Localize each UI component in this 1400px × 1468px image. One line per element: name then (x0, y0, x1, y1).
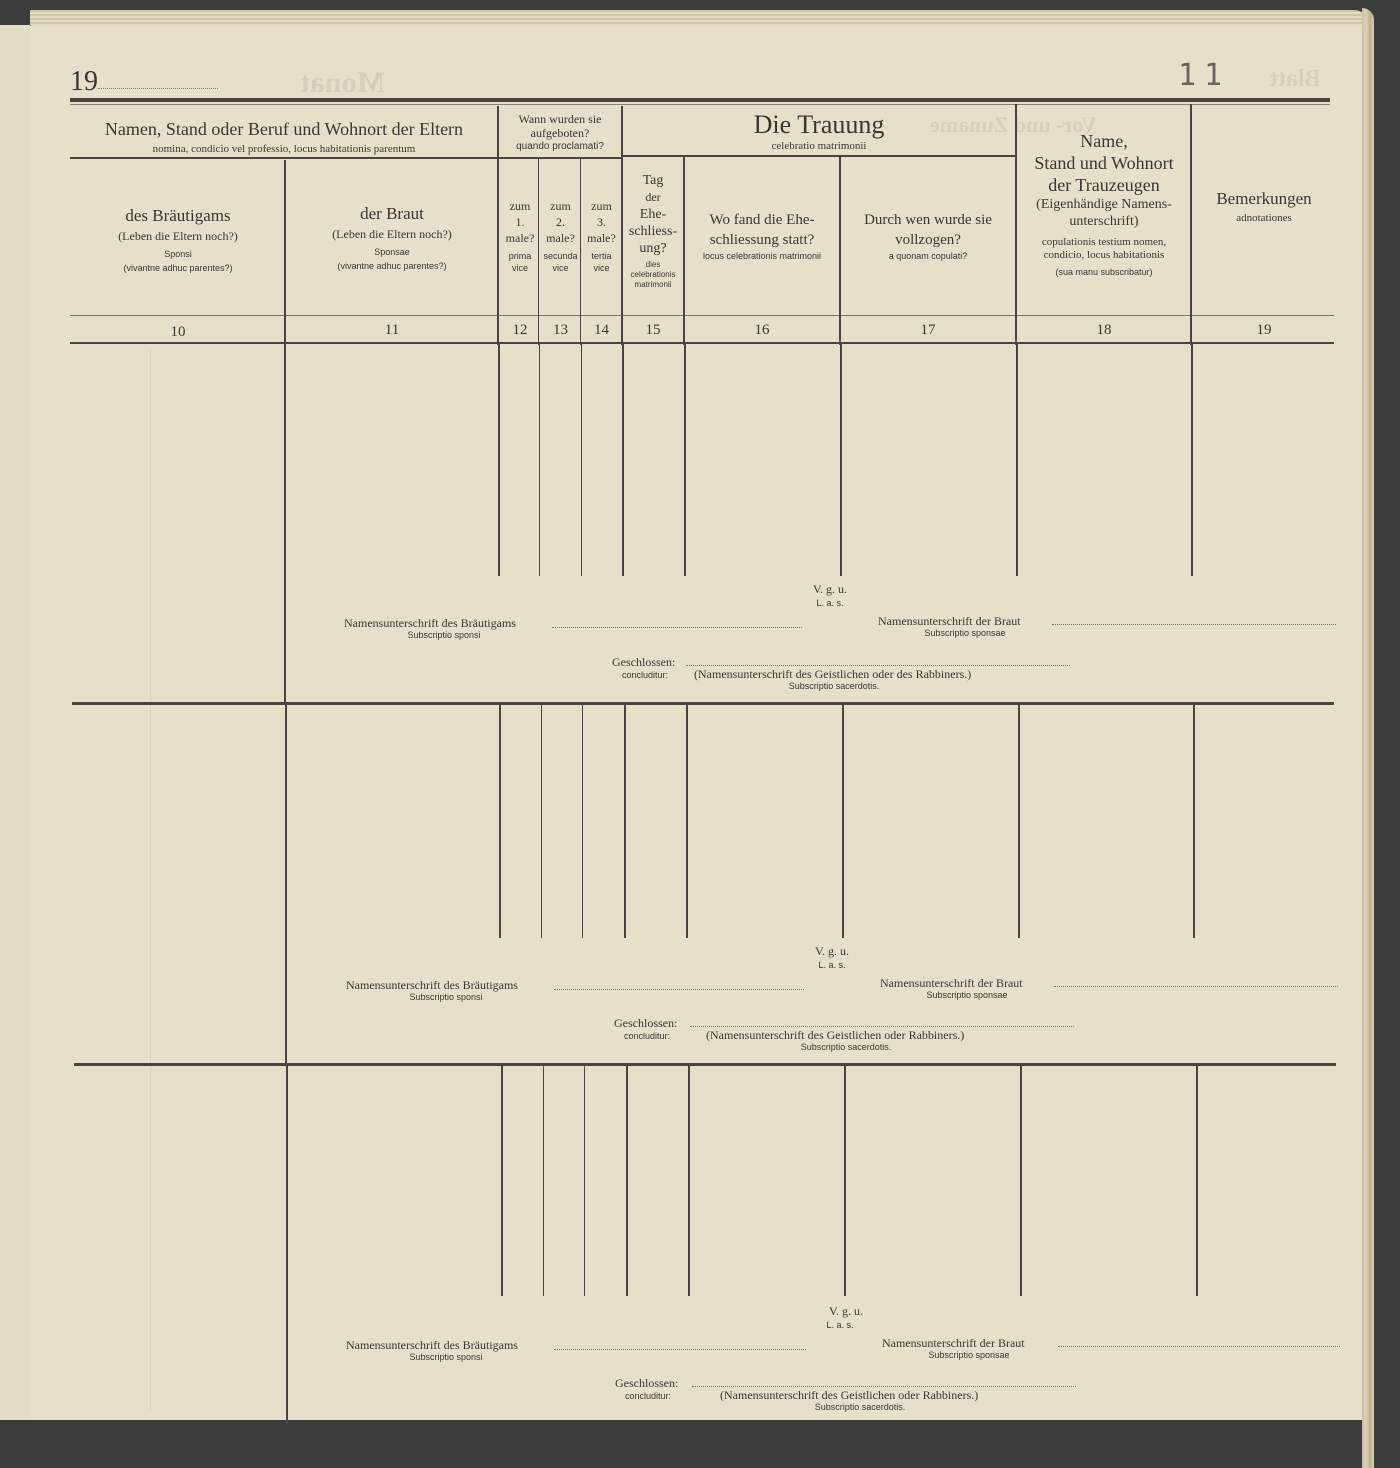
entry-2-divider (686, 705, 688, 938)
col-15-l2: der (623, 189, 683, 206)
entry-1-groom-sig-latin: Subscriptio sponsi (344, 630, 544, 640)
entry-2-divider (582, 705, 583, 938)
col-10-title: des Bräutigams (72, 206, 284, 226)
col-number-15: 15 (623, 322, 683, 339)
entry-1-divider (1191, 344, 1193, 576)
col-12-l3: male? (500, 230, 540, 246)
entry-3-bride-sig-latin: Subscriptio sponsae (884, 1350, 1054, 1360)
col-10-latin1: Sponsi (72, 247, 284, 261)
col-11-latin2: (vivantne adhuc parentes?) (286, 259, 498, 273)
col-12-l2: 1. (500, 214, 540, 230)
header-subrule-ceremony (622, 155, 1016, 157)
bleed-through-line (150, 350, 151, 1410)
bleed-through-text: Blatt (1270, 66, 1321, 93)
col-12-header: zum 1. male? prima vice (500, 198, 540, 274)
col-14-l1: zum (581, 198, 622, 214)
col-divider (580, 158, 581, 345)
col-15-l4: schliess- (623, 223, 683, 240)
entry-3-groom-sig-latin: Subscriptio sponsi (346, 1352, 546, 1362)
entry-1-clergy-sig-latin: Subscriptio sacerdotis. (694, 681, 974, 691)
remarks-title: Bemerkungen (1194, 188, 1334, 210)
entry-3-bride-sig-label: Namensunterschrift der Braut (882, 1336, 1025, 1351)
witnesses-latin3: (sua manu subscribatur) (1016, 265, 1192, 279)
entry-2-divider (541, 705, 542, 938)
col-17-l1: Durch wen wurde sie (841, 210, 1015, 230)
entry-3-divider (286, 1066, 288, 1424)
col-number-17: 17 (841, 322, 1015, 339)
col-13-l3: male? (540, 230, 581, 246)
entry-1-groom-sig-line[interactable] (552, 627, 802, 628)
handwritten-folio-number: 11 (1178, 58, 1230, 93)
col-14-header: zum 3. male? tertia vice (581, 198, 622, 274)
colnum-bottom-rule (70, 342, 1334, 344)
entry-1-bride-sig-latin: Subscriptio sponsae (880, 628, 1050, 638)
col-14-l3: male? (581, 230, 622, 246)
bleed-through-text: Monat (300, 66, 385, 100)
witnesses-line1: Name, (1016, 130, 1192, 152)
col-number-16: 16 (685, 322, 839, 339)
entry-2-divider (499, 705, 501, 938)
entry-3-clergy-sig-label: (Namensunterschrift des Geistlichen oder… (720, 1388, 978, 1403)
banns-header: Wann wurden sie aufgeboten? quando procl… (498, 112, 622, 154)
entry-1-clergy-sig-label: (Namensunterschrift des Geistlichen oder… (694, 667, 971, 682)
col-11-header: der Braut (Leben die Eltern noch?) Spons… (286, 204, 498, 273)
entry-2-bottom-rule (74, 1063, 1336, 1066)
parents-header-title: Namen, Stand oder Beruf und Wohnort der … (72, 118, 496, 140)
entry-3-divider (1196, 1066, 1198, 1296)
entry-1-clergy-sig-line[interactable] (686, 665, 1070, 666)
entry-3-closed-label: Geschlossen: (615, 1376, 678, 1391)
col-divider (538, 158, 539, 345)
col-12-latin1: prima (500, 250, 540, 262)
col-16-l1: Wo fand die Ehe- (685, 210, 839, 230)
remarks-latin: adnotationes (1194, 212, 1334, 224)
col-13-l2: 2. (540, 214, 581, 230)
ceremony-header-latin: celebratio matrimonii (624, 140, 1014, 152)
col-13-latin1: secunda (540, 250, 581, 262)
entry-2-divider (624, 705, 626, 938)
col-15-l1: Tag (623, 172, 683, 189)
col-divider (497, 106, 499, 345)
entry-1-groom-sig-label: Namensunterschrift des Bräutigams (344, 616, 516, 631)
entry-3-divider (626, 1066, 628, 1296)
col-number-12: 12 (500, 322, 540, 339)
entry-2-bride-sig-latin: Subscriptio sponsae (882, 990, 1052, 1000)
remarks-header: Bemerkungen adnotationes (1194, 188, 1334, 224)
entry-3-divider (1020, 1066, 1022, 1296)
book-right-edges (1362, 8, 1374, 1468)
col-13-header: zum 2. male? secunda vice (540, 198, 581, 274)
col-15-l3: Ehe- (623, 206, 683, 223)
entry-2-bride-sig-line[interactable] (1054, 986, 1338, 987)
entry-2-divider (842, 705, 844, 938)
col-number-14: 14 (581, 322, 622, 339)
entry-2-vgu: V. g. u. (792, 944, 872, 959)
col-15-header: Tag der Ehe- schliess- ung? dies celebra… (623, 172, 683, 290)
entry-1-divider (539, 344, 540, 576)
col-10-header: des Bräutigams (Leben die Eltern noch?) … (72, 206, 284, 275)
col-14-latin2: vice (581, 262, 622, 274)
entry-2-bride-sig-label: Namensunterschrift der Braut (880, 976, 1023, 991)
col-15-latin3: matrimonii (623, 280, 683, 290)
entry-2-divider (1018, 705, 1020, 938)
col-number-18: 18 (1017, 322, 1191, 339)
entry-1-divider (284, 344, 286, 704)
col-10-sub: (Leben die Eltern noch?) (72, 229, 284, 244)
witnesses-line5: unterschrift) (1016, 213, 1192, 230)
col-13-l1: zum (540, 198, 581, 214)
col-12-l1: zum (500, 198, 540, 214)
ceremony-header-title: Die Trauung (624, 110, 1014, 140)
col-16-l2: schliessung statt? (685, 230, 839, 250)
entry-2-las: L. a. s. (792, 960, 872, 970)
page-number-dotted-line (98, 88, 218, 89)
entry-2-clergy-sig-line[interactable] (690, 1026, 1074, 1027)
witnesses-line3: der Trauzeugen (1016, 174, 1192, 196)
colnum-top-rule (70, 315, 1334, 316)
entry-1-divider (840, 344, 842, 576)
page-number: 19 (70, 66, 98, 98)
entry-3-groom-sig-line[interactable] (554, 1349, 806, 1350)
witnesses-line2: Stand und Wohnort (1016, 152, 1192, 174)
entry-2-groom-sig-line[interactable] (554, 989, 804, 990)
col-14-latin1: tertia (581, 250, 622, 262)
col-divider (1190, 104, 1192, 345)
entry-2-groom-sig-latin: Subscriptio sponsi (346, 992, 546, 1002)
col-11-latin1: Sponsae (286, 245, 498, 259)
top-rule-thin (70, 104, 1330, 105)
entry-1-bottom-rule (72, 702, 1334, 705)
entry-1-bride-sig-label: Namensunterschrift der Braut (878, 614, 1021, 629)
entry-1-vgu: V. g. u. (790, 582, 870, 597)
col-number-19: 19 (1193, 322, 1335, 339)
entry-3-las: L. a. s. (800, 1320, 880, 1330)
entry-3-clergy-sig-latin: Subscriptio sacerdotis. (720, 1402, 1000, 1412)
col-divider (621, 106, 623, 345)
entry-2-clergy-sig-label: (Namensunterschrift des Geistlichen oder… (706, 1028, 964, 1043)
col-15-latin1: dies (623, 260, 683, 270)
entry-2-groom-sig-label: Namensunterschrift des Bräutigams (346, 978, 518, 993)
entry-1-divider (1016, 344, 1018, 576)
col-number-10: 10 (72, 324, 284, 341)
entry-2-closed-latin: concluditur: (624, 1031, 670, 1041)
col-16-header: Wo fand die Ehe- schliessung statt? locu… (685, 210, 839, 262)
col-15-l5: ung? (623, 240, 683, 257)
entry-1-closed-label: Geschlossen: (612, 655, 675, 670)
book-top-edges (30, 10, 1370, 26)
top-rule (70, 98, 1330, 102)
entry-1-divider (622, 344, 624, 576)
entry-1-las: L. a. s. (790, 598, 870, 608)
col-divider (839, 156, 841, 345)
entry-1-divider (498, 344, 500, 576)
entry-1-divider (684, 344, 686, 576)
col-16-latin1: locus celebrationis matrimonii (685, 250, 839, 262)
entry-3-closed-latin: concluditur: (625, 1391, 671, 1401)
col-17-latin1: a quonam copulati? (841, 250, 1015, 262)
entry-3-divider (543, 1066, 544, 1296)
parents-header-latin: nomina, condicio vel professio, locus ha… (72, 142, 496, 156)
col-number-11: 11 (286, 322, 498, 339)
col-divider (284, 160, 286, 345)
col-12-latin2: vice (500, 262, 540, 274)
entry-3-clergy-sig-line[interactable] (692, 1386, 1076, 1387)
entry-3-groom-sig-label: Namensunterschrift des Bräutigams (346, 1338, 518, 1353)
banns-latin: quando proclamati? (498, 140, 622, 154)
witnesses-line4: (Eigenhändige Namens- (1016, 196, 1192, 213)
col-17-l2: vollzogen? (841, 230, 1015, 250)
col-15-latin2: celebrationis (623, 270, 683, 280)
banns-title-line2: aufgeboten? (498, 126, 622, 140)
entry-1-bride-sig-line[interactable] (1052, 624, 1336, 625)
entry-3-vgu: V. g. u. (806, 1304, 886, 1319)
entry-2-divider (1193, 705, 1195, 938)
col-divider (1015, 104, 1017, 345)
left-page-edge (0, 25, 31, 1420)
col-divider (683, 156, 685, 345)
witnesses-latin2: condicio, locus habitationis (1016, 249, 1192, 262)
entry-2-closed-label: Geschlossen: (614, 1016, 677, 1031)
witnesses-latin1: copulationis testium nomen, (1016, 236, 1192, 249)
col-11-title: der Braut (286, 204, 498, 224)
entry-2-clergy-sig-latin: Subscriptio sacerdotis. (706, 1042, 986, 1052)
col-11-sub: (Leben die Eltern noch?) (286, 227, 498, 242)
entry-2-divider (285, 705, 287, 1065)
col-number-13: 13 (540, 322, 581, 339)
entry-3-divider (501, 1066, 503, 1296)
header-subrule-parents (70, 157, 622, 159)
entry-3-divider (844, 1066, 846, 1296)
col-14-l2: 3. (581, 214, 622, 230)
col-17-header: Durch wen wurde sie vollzogen? a quonam … (841, 210, 1015, 262)
entry-1-closed-latin: concluditur: (622, 670, 668, 680)
entry-3-divider (688, 1066, 690, 1296)
banns-title-line1: Wann wurden sie (498, 112, 622, 126)
col-13-latin2: vice (540, 262, 581, 274)
entry-1-divider (581, 344, 582, 576)
entry-3-divider (584, 1066, 585, 1296)
entry-3-bride-sig-line[interactable] (1058, 1346, 1340, 1347)
col-10-latin2: (vivantne adhuc parentes?) (72, 261, 284, 275)
witnesses-header: Name, Stand und Wohnort der Trauzeugen (… (1016, 130, 1192, 279)
